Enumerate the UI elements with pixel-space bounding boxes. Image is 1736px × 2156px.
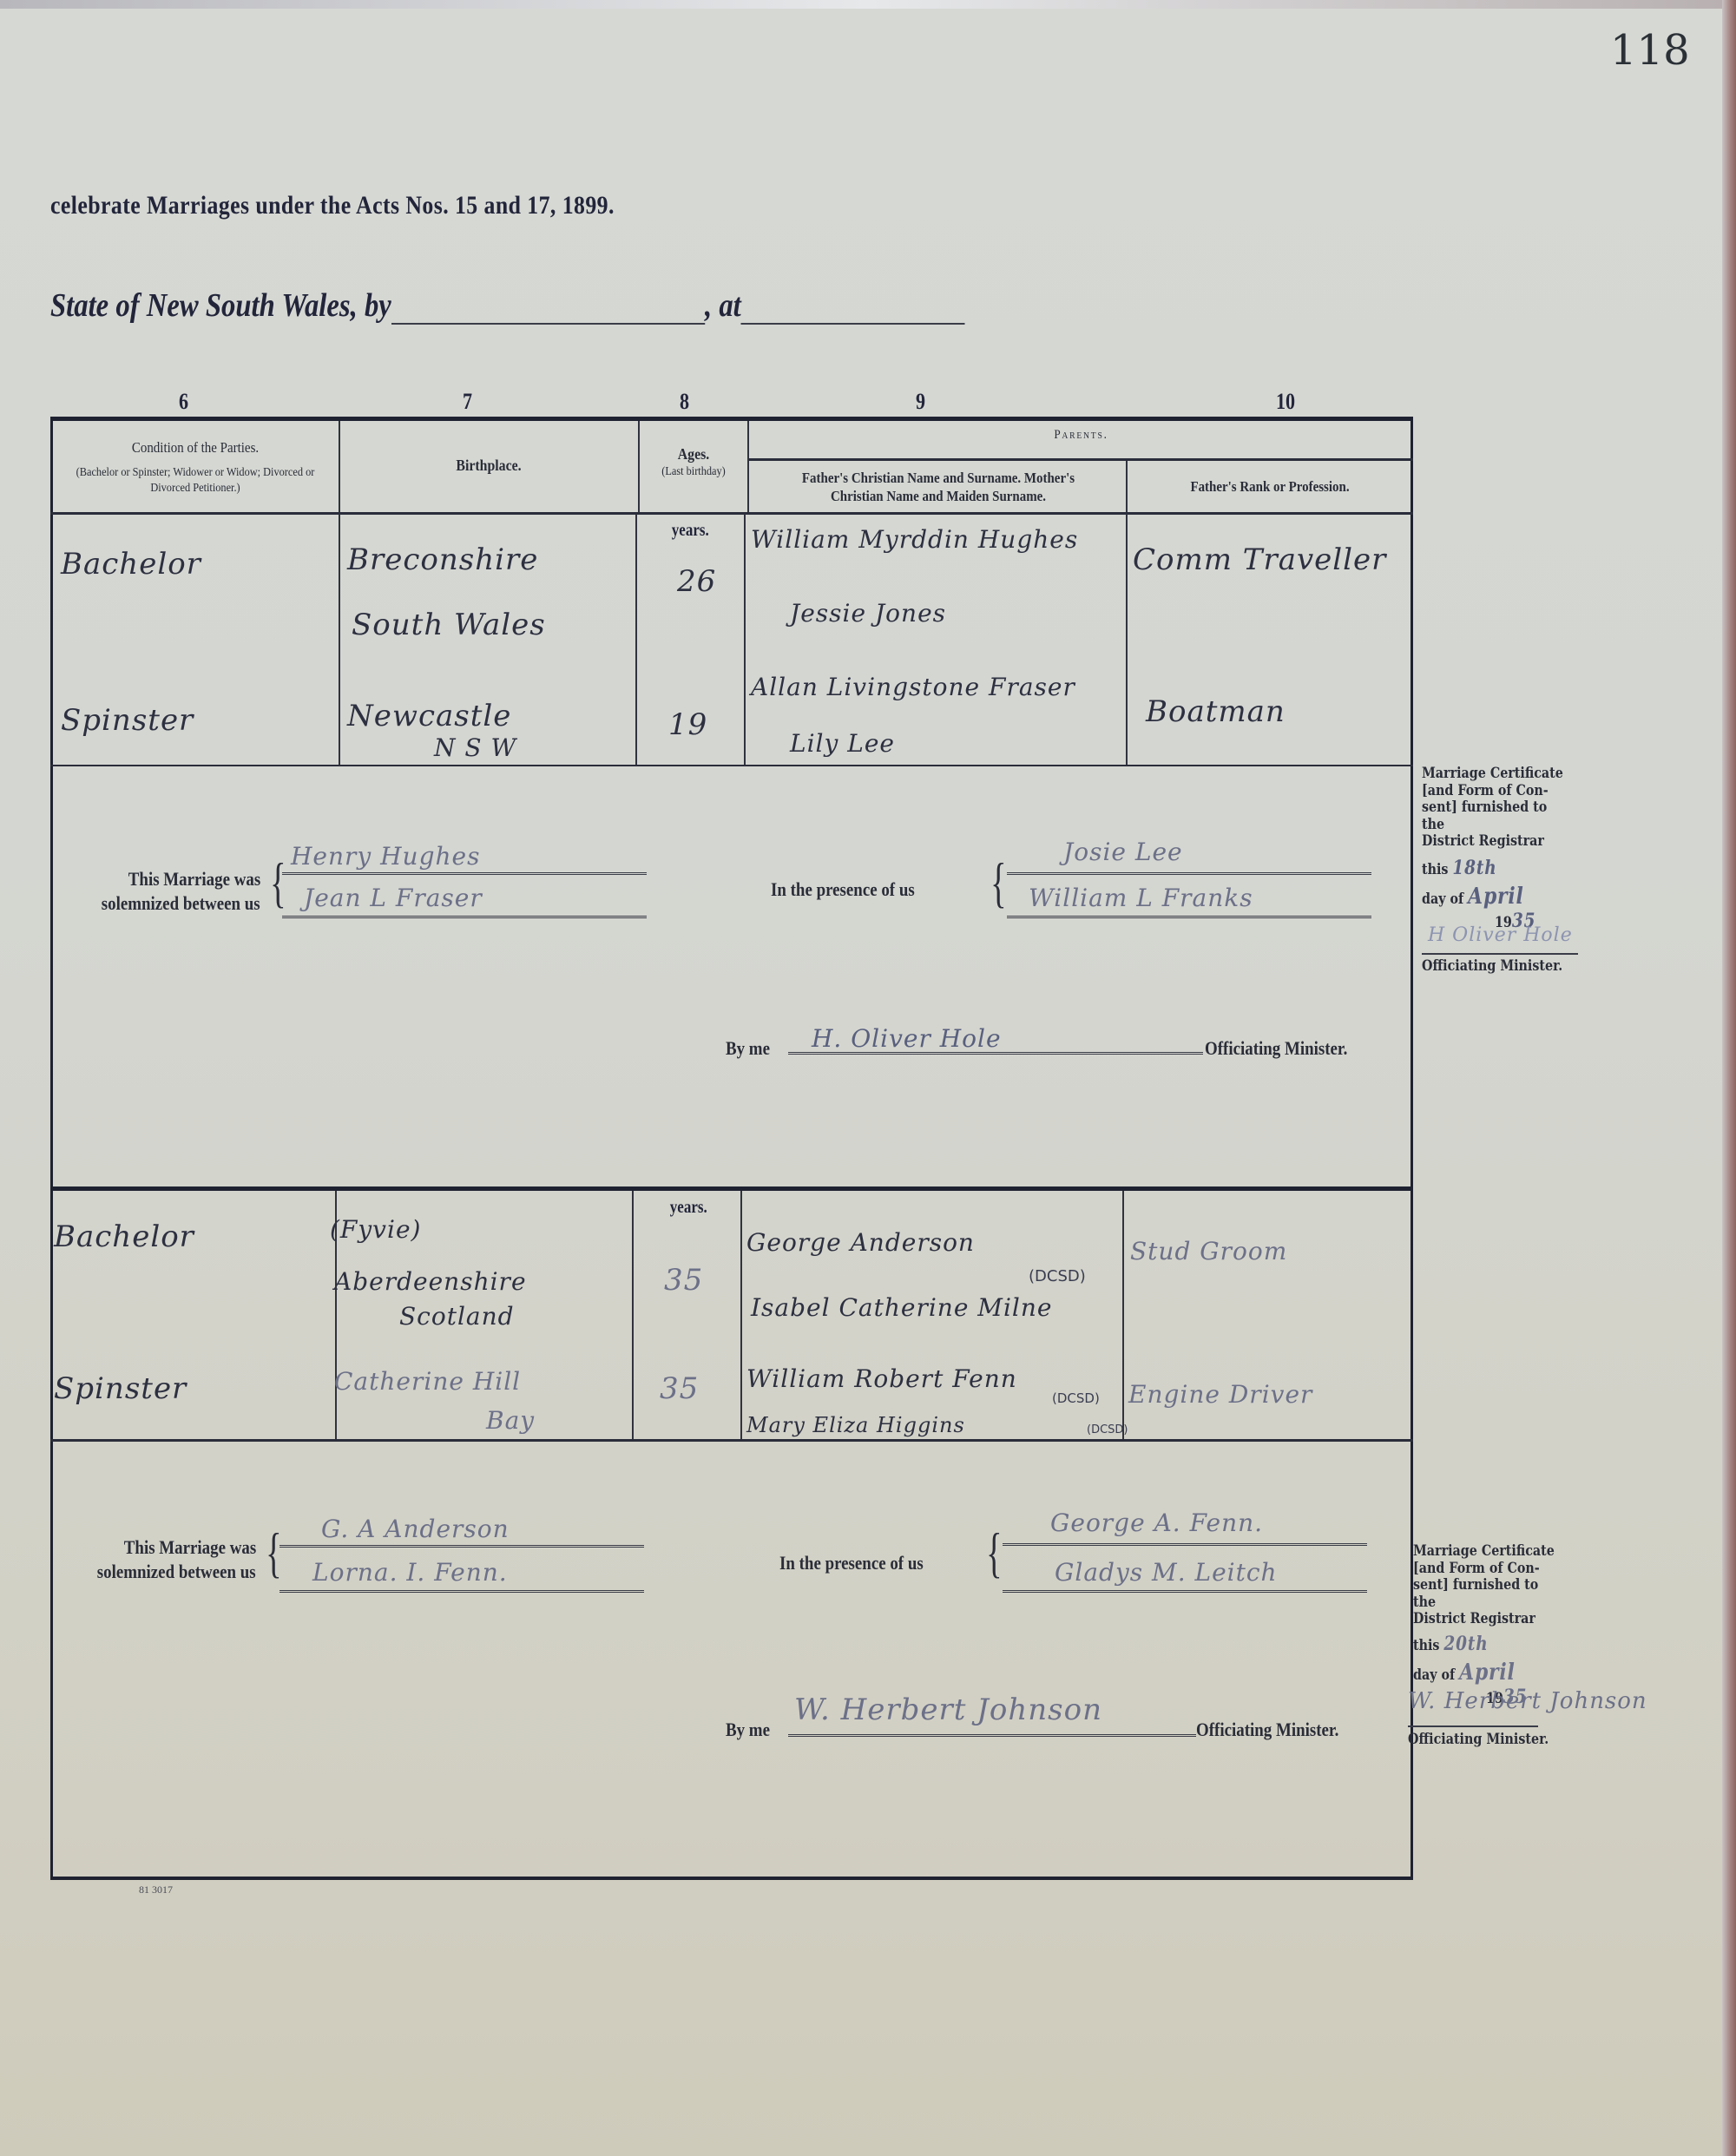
record-1-cert-month: April — [1468, 884, 1524, 910]
cert-line: District Registrar — [1413, 1611, 1559, 1628]
record-1-groom-mother: Jessie Jones — [790, 599, 946, 628]
record-1-cert-minister-signature: H Oliver Hole — [1428, 924, 1573, 946]
signature-line — [282, 872, 647, 875]
page-right-edge — [1722, 0, 1736, 2156]
record-1-groom-birthplace-line1: Breconshire — [347, 542, 538, 577]
header-divider — [339, 421, 340, 514]
record-2-groom-birthplace-line2: Scotland — [399, 1302, 515, 1331]
signature-line — [1003, 1590, 1367, 1593]
record-1-witness-2-signature: William L Franks — [1029, 884, 1253, 912]
record-1-groom-father-profession: Comm Traveller — [1133, 542, 1410, 577]
column-number-8: 8 — [680, 389, 689, 415]
header-ages-title: Ages. — [646, 444, 740, 464]
record-1-groom-condition: Bachelor — [61, 547, 201, 582]
brace-icon: { — [270, 855, 286, 910]
signature-line — [282, 916, 647, 918]
cert-line: Marriage Certificate — [1413, 1543, 1559, 1561]
header-father-profession: Father's Rank or Profession. — [1146, 477, 1395, 496]
header-divider — [638, 421, 640, 514]
header-condition-title: Condition of the Parties. — [71, 438, 320, 457]
record-1-bride-age: 19 — [668, 707, 707, 742]
brace-icon: { — [266, 1525, 281, 1581]
record-1-bride-birthplace-line1: Newcastle — [347, 699, 511, 733]
minister-signature-line — [788, 1734, 1196, 1737]
header-bottom-line — [50, 512, 1413, 515]
record-1-minister-signature: H. Oliver Hole — [812, 1024, 1002, 1053]
cert-line: [and Form of Con- — [1413, 1561, 1559, 1578]
row-divider — [1122, 1191, 1124, 1441]
at-blank-line — [741, 299, 965, 325]
record-2-cert-officiating-label: Officiating Minister. — [1408, 1732, 1549, 1749]
cert-day-of-label: day of — [1422, 891, 1463, 908]
record-1-bride-birthplace-line2: N S W — [434, 733, 516, 762]
by-me-label: By me — [726, 1719, 770, 1741]
record-1-groom-father: William Myrddin Hughes — [751, 525, 1124, 554]
record-1-bride-father: Allan Livingstone Fraser — [751, 673, 1124, 701]
row-divider — [632, 1191, 634, 1441]
minister-signature-line — [788, 1052, 1203, 1055]
record-1-cert-day: 18th — [1452, 857, 1496, 879]
cert-line: [and Form of Con- — [1422, 783, 1568, 800]
record-2-bride-father: William Robert Fenn — [746, 1364, 1017, 1393]
printer-mark: 81 3017 — [139, 1883, 173, 1896]
state-prefix: State of New South Wales, by — [50, 286, 391, 325]
row-divider — [339, 514, 340, 766]
record-1-groom-age: 26 — [677, 564, 716, 599]
record-1-witness-1-signature: Josie Lee — [1063, 838, 1183, 866]
record-2-bride-condition: Spinster — [54, 1371, 187, 1406]
record-2-cert-minister-signature: W. Herbert Johnson — [1408, 1688, 1647, 1714]
record-1-party-2-signature: Jean L Fraser — [304, 884, 483, 912]
header-ages-note: (Last birthday) — [646, 464, 740, 480]
record-2-bride-father-profession: Engine Driver — [1128, 1380, 1312, 1409]
record-2-bride-age: 35 — [660, 1371, 699, 1406]
record-2-witness-1-signature: George A. Fenn. — [1050, 1509, 1263, 1537]
record-2-data-bottom — [50, 1439, 1413, 1442]
header-ages: Ages. (Last birthday) — [646, 444, 740, 479]
record-1-cert-officiating-label: Officiating Minister. — [1422, 958, 1562, 976]
record-divider — [50, 1186, 1413, 1191]
cert-line: sent] furnished to the — [1422, 799, 1568, 833]
record-2-groom-birthplace-line1: Aberdeenshire — [334, 1267, 527, 1296]
record-2-cert-month: April — [1459, 1660, 1516, 1686]
solemnized-label-line2: solemnized between us — [97, 1561, 256, 1583]
cert-this-label: this — [1413, 1637, 1439, 1654]
record-2-groom-age: 35 — [664, 1263, 703, 1298]
record-2-bride-mother: Mary Eliza Higgins — [746, 1413, 965, 1437]
presence-label: In the presence of us — [779, 1552, 924, 1574]
record-1-certificate-note: Marriage Certificate [and Form of Con- s… — [1422, 766, 1568, 932]
record-2-groom-condition: Bachelor — [54, 1219, 194, 1254]
header-parents-group: Parents. — [789, 427, 1373, 444]
solemnized-label-line1: This Marriage was — [124, 1536, 256, 1559]
officiating-minister-label: Officiating Minister. — [1205, 1037, 1347, 1060]
row-divider — [1126, 514, 1128, 766]
parents-subheader-line — [749, 458, 1413, 461]
page-number: 118 — [1610, 26, 1690, 75]
record-2-groom-birthplace-line0: (Fyvie) — [330, 1215, 421, 1244]
column-number-6: 6 — [179, 389, 188, 415]
row-divider — [740, 1191, 742, 1441]
record-1-bride-father-profession: Boatman — [1146, 694, 1286, 729]
record-2-bride-birthplace-line2: Bay — [486, 1406, 535, 1435]
header-divider — [747, 421, 749, 514]
record-2-certificate-note: Marriage Certificate [and Form of Con- s… — [1413, 1543, 1559, 1708]
signature-line — [279, 1590, 644, 1593]
cert-signature-line — [1422, 953, 1578, 955]
header-divider — [1126, 460, 1128, 514]
solemnized-label-line2: solemnized between us — [102, 892, 260, 915]
signature-line — [279, 1545, 644, 1548]
page-top-edge — [0, 0, 1736, 9]
record-2-cert-day: 20th — [1443, 1633, 1488, 1655]
presence-label: In the presence of us — [771, 878, 915, 901]
record-2-groom-father-profession: Stud Groom — [1130, 1237, 1287, 1265]
record-2-party-1-signature: G. A Anderson — [321, 1515, 510, 1543]
solemnized-label-line1: This Marriage was — [128, 868, 260, 891]
by-me-label: By me — [726, 1037, 770, 1060]
record-2-bride-father-note: (DCSD) — [1052, 1390, 1100, 1406]
record-1-data-bottom — [50, 765, 1413, 766]
record-2-minister-signature: W. Herbert Johnson — [794, 1693, 1102, 1727]
header-condition: Condition of the Parties. (Bachelor or S… — [71, 438, 320, 496]
row-divider — [744, 514, 746, 766]
header-birthplace: Birthplace. — [358, 456, 620, 476]
brace-icon: { — [990, 855, 1006, 910]
years-label: years. — [672, 521, 709, 541]
cert-line: District Registrar — [1422, 833, 1568, 851]
signature-line — [1007, 872, 1371, 875]
signature-line — [1003, 1543, 1367, 1546]
register-table — [50, 417, 1413, 1880]
column-number-9: 9 — [916, 389, 925, 415]
cert-line: sent] furnished to the — [1413, 1577, 1559, 1611]
record-2-party-2-signature: Lorna. I. Fenn. — [312, 1558, 508, 1587]
officiating-minister-label: Officiating Minister. — [1196, 1719, 1338, 1741]
cert-this-label: this — [1422, 861, 1448, 878]
acts-heading: celebrate Marriages under the Acts Nos. … — [50, 191, 615, 220]
years-label: years. — [670, 1198, 707, 1218]
cert-day-of-label: day of — [1413, 1666, 1455, 1684]
record-2-bride-birthplace-line1: Catherine Hill — [334, 1367, 521, 1396]
record-2-groom-mother: Isabel Catherine Milne — [751, 1293, 1115, 1322]
record-1-groom-birthplace-line2: South Wales — [352, 608, 546, 642]
cert-line: Marriage Certificate — [1422, 766, 1568, 783]
record-2-witness-2-signature: Gladys M. Leitch — [1055, 1558, 1278, 1587]
row-divider — [635, 514, 637, 766]
record-1-party-1-signature: Henry Hughes — [291, 842, 480, 871]
brace-icon: { — [986, 1525, 1002, 1581]
by-blank-line — [391, 299, 705, 325]
record-2-groom-father-note: (DCSD) — [1029, 1267, 1086, 1285]
state-separator: , at — [705, 286, 741, 325]
column-number-7: 7 — [463, 389, 472, 415]
signature-line — [1007, 916, 1371, 918]
cert-signature-line — [1408, 1725, 1538, 1727]
column-number-10: 10 — [1276, 389, 1295, 415]
record-1-bride-mother: Lily Lee — [790, 729, 895, 758]
record-2-groom-father: George Anderson — [746, 1228, 975, 1257]
record-1-bride-condition: Spinster — [61, 703, 194, 738]
header-condition-note: (Bachelor or Spinster; Widower or Widow;… — [71, 465, 320, 496]
state-heading: State of New South Wales, by , at — [50, 286, 965, 325]
record-2-bride-mother-note: (DCSD) — [1087, 1423, 1128, 1436]
header-parents-names: Father's Christian Name and Surname. Mot… — [776, 469, 1101, 506]
